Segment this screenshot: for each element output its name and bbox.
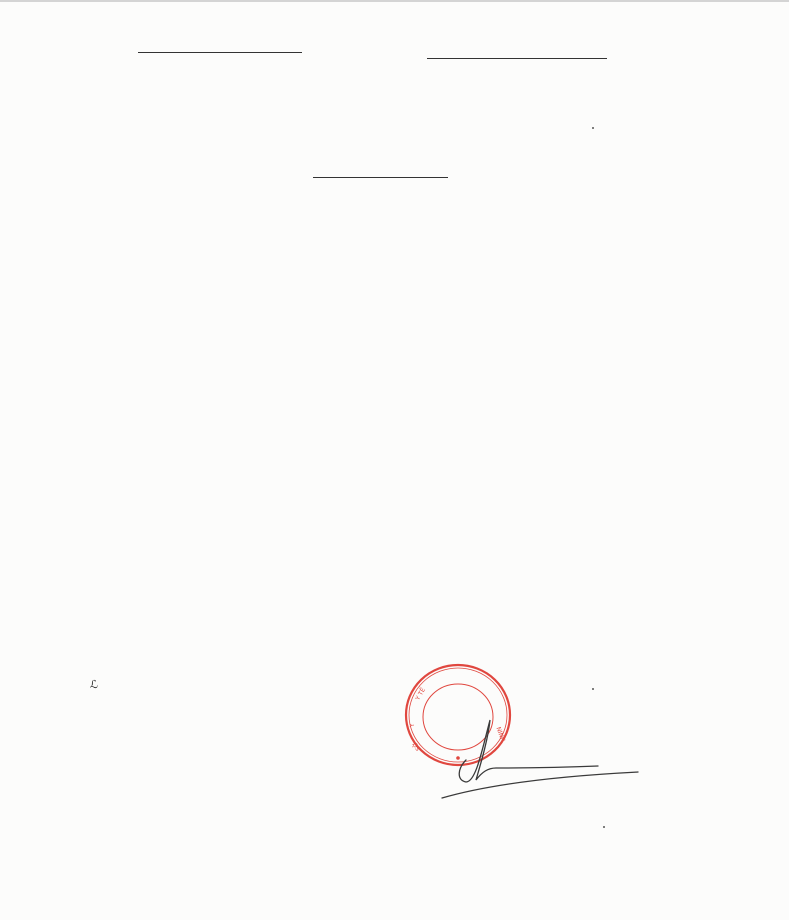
page-top-edge [0, 0, 789, 2]
scan-speck [592, 127, 594, 129]
recipients-label: ℒ [90, 676, 98, 692]
svg-text:Y: Y [409, 723, 416, 729]
scan-speck [603, 826, 605, 828]
motto-underline [427, 58, 607, 59]
title-divider [313, 177, 448, 178]
svg-text:Y TẾ: Y TẾ [413, 686, 427, 702]
signature-icon [430, 710, 650, 800]
org-underline [138, 52, 302, 53]
scan-speck [592, 688, 594, 690]
